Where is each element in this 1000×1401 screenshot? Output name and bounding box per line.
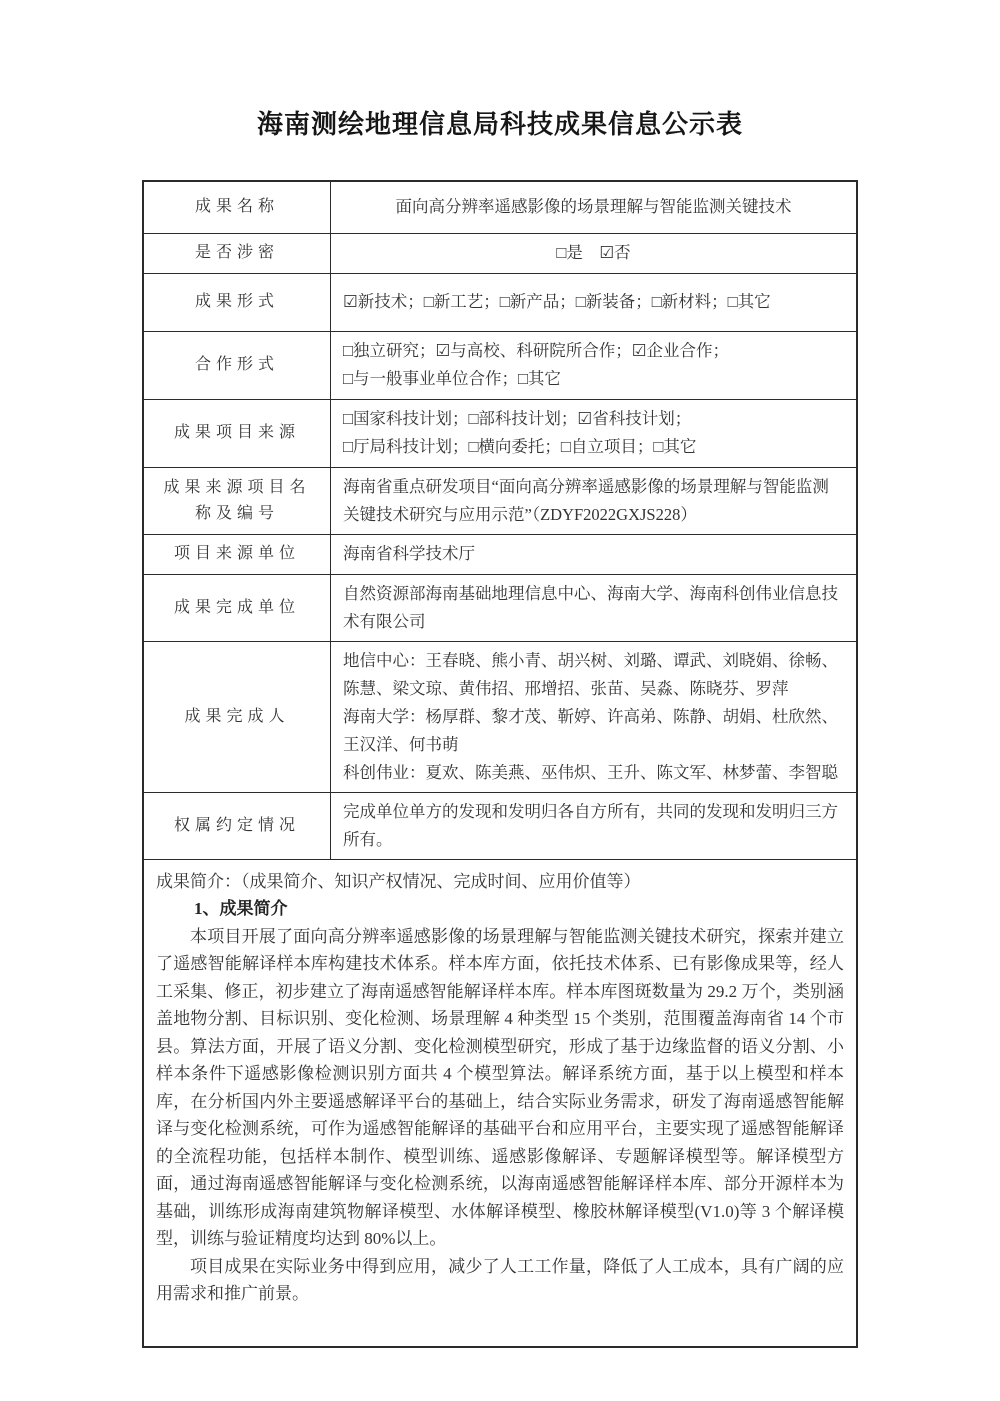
table-row: 成果完成单位 自然资源部海南基础地理信息中心、海南大学、海南科创伟业信息技术有限…: [143, 574, 857, 641]
row-value-achievement-name: 面向高分辨率遥感影像的场景理解与智能监测关键技术: [331, 181, 858, 233]
row-value-project-source: □国家科技计划；□部科技计划；☑省科技计划； □厅局科技计划；□横向委托；□自立…: [331, 399, 858, 467]
summary-section: 成果简介：（成果简介、知识产权情况、完成时间、应用价值等） 1、成果简介 本项目…: [143, 859, 857, 1347]
table-row: 成果来源项目名称及编号 海南省重点研发项目“面向高分辨率遥感影像的场景理解与智能…: [143, 467, 857, 534]
row-value-cooperation-form: □独立研究；☑与高校、科研院所合作；☑企业合作； □与一般事业单位合作；□其它: [331, 331, 858, 399]
row-value-source-project-name: 海南省重点研发项目“面向高分辨率遥感影像的场景理解与智能监测关键技术研究与应用示…: [331, 467, 858, 534]
row-value-ownership-agreement: 完成单位单方的发现和发明归各自方所有，共同的发现和发明归三方所有。: [331, 792, 858, 859]
table-row-summary: 成果简介：（成果简介、知识产权情况、完成时间、应用价值等） 1、成果简介 本项目…: [143, 859, 857, 1347]
row-label-source-unit: 项目来源单位: [143, 534, 331, 574]
row-label-completing-persons: 成果完成人: [143, 641, 331, 792]
table-row: 是否涉密 □是 ☑否: [143, 233, 857, 273]
row-value-completing-persons: 地信中心：王春晓、熊小青、胡兴树、刘璐、谭武、刘晓娟、徐畅、陈慧、梁文琼、黄伟招…: [331, 641, 858, 792]
table-row: 合作形式 □独立研究；☑与高校、科研院所合作；☑企业合作； □与一般事业单位合作…: [143, 331, 857, 399]
row-label-source-project-name: 成果来源项目名称及编号: [143, 467, 331, 534]
table-row: 成果完成人 地信中心：王春晓、熊小青、胡兴树、刘璐、谭武、刘晓娟、徐畅、陈慧、梁…: [143, 641, 857, 792]
row-label-achievement-name: 成果名称: [143, 181, 331, 233]
page-title: 海南测绘地理信息局科技成果信息公示表: [0, 104, 1000, 141]
row-label-confidential: 是否涉密: [143, 233, 331, 273]
row-label-achievement-form: 成果形式: [143, 273, 331, 331]
table-row: 成果名称 面向高分辨率遥感影像的场景理解与智能监测关键技术: [143, 181, 857, 233]
row-value-achievement-form: ☑新技术；□新工艺；□新产品；□新装备；□新材料；□其它: [331, 273, 858, 331]
row-label-completing-units: 成果完成单位: [143, 574, 331, 641]
table-row: 权属约定情况 完成单位单方的发现和发明归各自方所有，共同的发现和发明归三方所有。: [143, 792, 857, 859]
row-value-source-unit: 海南省科学技术厅: [331, 534, 858, 574]
row-value-confidential: □是 ☑否: [331, 233, 858, 273]
summary-paragraph-2: 项目成果在实际业务中得到应用，减少了人工工作量，降低了人工成本，具有广阔的应用需…: [156, 1253, 844, 1308]
row-value-completing-units: 自然资源部海南基础地理信息中心、海南大学、海南科创伟业信息技术有限公司: [331, 574, 858, 641]
table-row: 成果项目来源 □国家科技计划；□部科技计划；☑省科技计划； □厅局科技计划；□横…: [143, 399, 857, 467]
table-row: 成果形式 ☑新技术；□新工艺；□新产品；□新装备；□新材料；□其它: [143, 273, 857, 331]
summary-subheading: 1、成果简介: [156, 895, 844, 923]
table-row: 项目来源单位 海南省科学技术厅: [143, 534, 857, 574]
summary-header: 成果简介：（成果简介、知识产权情况、完成时间、应用价值等）: [156, 868, 844, 896]
row-label-cooperation-form: 合作形式: [143, 331, 331, 399]
achievement-info-table: 成果名称 面向高分辨率遥感影像的场景理解与智能监测关键技术 是否涉密 □是 ☑否…: [142, 180, 858, 1348]
summary-paragraph-1: 本项目开展了面向高分辨率遥感影像的场景理解与智能监测关键技术研究，探索并建立了遥…: [156, 923, 844, 1253]
row-label-ownership-agreement: 权属约定情况: [143, 792, 331, 859]
row-label-project-source: 成果项目来源: [143, 399, 331, 467]
